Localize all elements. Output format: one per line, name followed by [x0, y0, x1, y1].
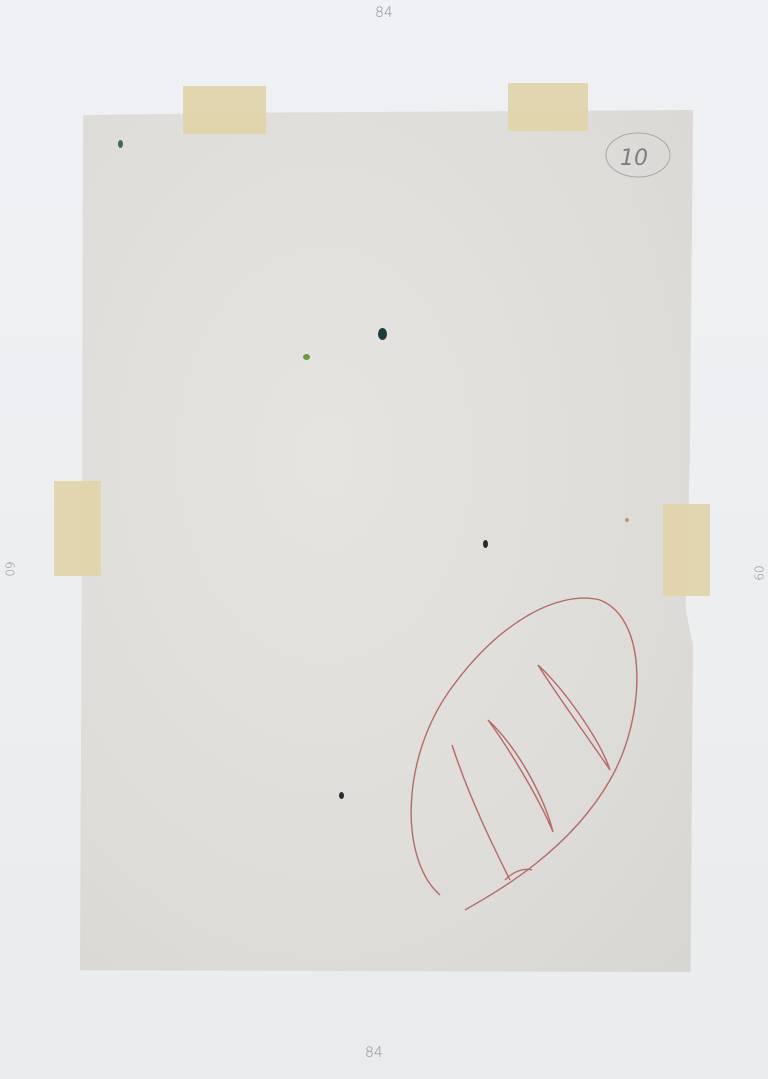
- corner-annotation: 10: [620, 146, 648, 171]
- red-crayon-drawing-icon: [411, 598, 637, 910]
- drawing-layer: 10: [0, 0, 768, 1079]
- tape-right: [663, 504, 710, 596]
- tape-top-left: [183, 86, 266, 134]
- tape-left: [54, 481, 101, 576]
- tape-top-right: [508, 83, 588, 131]
